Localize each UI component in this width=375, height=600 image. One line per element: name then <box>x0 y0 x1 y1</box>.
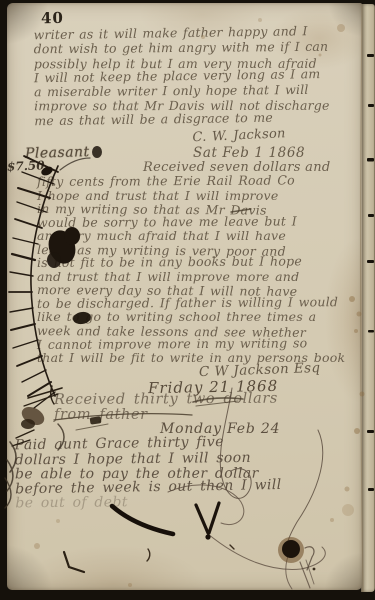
adjacent-page-edge <box>361 4 375 592</box>
diary-line: Received thirty two dollars <box>54 391 278 407</box>
diary-line: to be discharged. If father is willing I… <box>37 294 345 309</box>
diary-line: would be sorry to have me leave but I <box>37 213 345 228</box>
diary-line: be out of debt <box>15 493 282 510</box>
page-number: 40 <box>41 9 64 27</box>
diary-entry-3: Received thirty two dollars from father <box>54 392 278 422</box>
diary-line: I cannot improve more in my writing so <box>37 335 345 350</box>
diary-line: and trust that I will improve more and <box>37 269 345 283</box>
diary-line: fifty cents from the Erie Rail Road Co <box>37 172 345 187</box>
diary-line: from father <box>54 407 278 422</box>
diary-entry-4: Paid aunt Grace thirty five dollars I ho… <box>15 435 282 511</box>
amount-note: $7.50 <box>7 158 45 173</box>
diary-photo: 40 writer as it will make father happy a… <box>0 0 375 600</box>
diary-line: like to go to writing school three times… <box>37 309 345 323</box>
diary-line: I hope and trust that I will improve <box>37 188 345 202</box>
diary-line: am very much afraid that I will have <box>37 228 345 242</box>
entry-date: Sat Feb 1 1868 <box>193 145 305 161</box>
diary-entry-1: writer as it will make father happy and … <box>33 25 329 145</box>
diary-line: is not fit to be in any books but I hope <box>37 253 345 268</box>
diary-entry-2: fifty cents from the Erie Rail Road Co I… <box>37 174 345 364</box>
